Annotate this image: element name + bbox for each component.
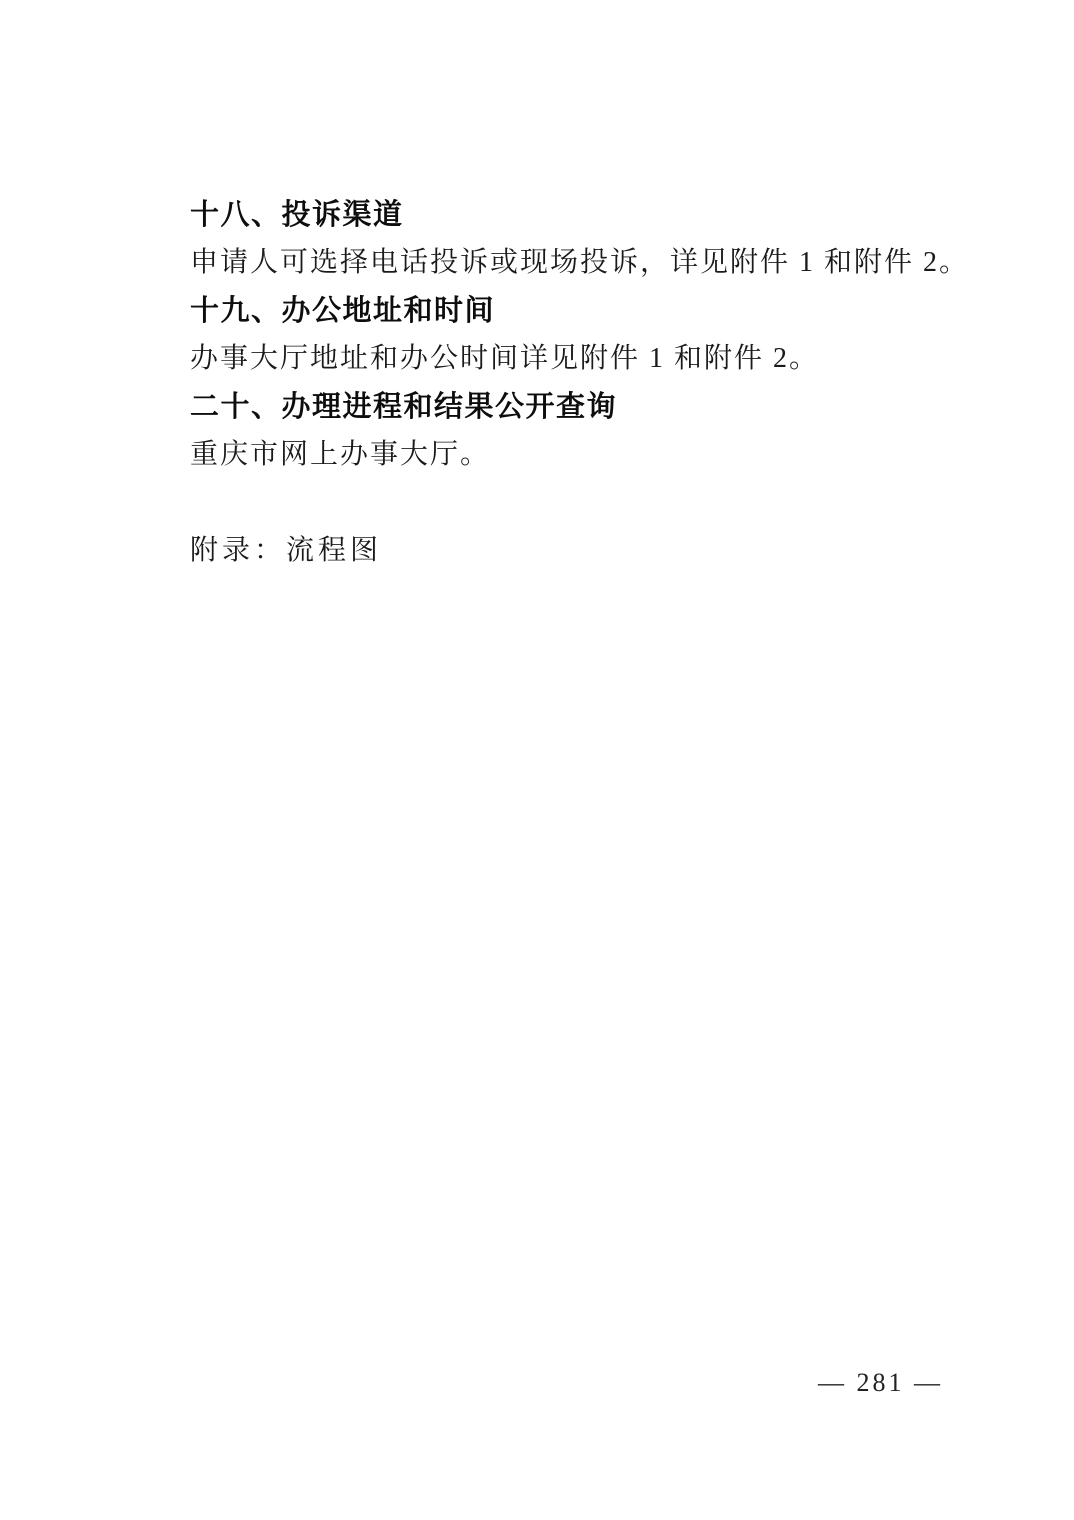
document-page: 十八、投诉渠道 申请人可选择电话投诉或现场投诉，详见附件 1 和附件 2。 十九…	[0, 0, 1074, 1520]
paragraph-progress-result-inquiry: 重庆市网上办事大厅。	[190, 431, 950, 479]
appendix-note: 附录：流程图	[190, 527, 950, 575]
section-heading-complaint-channels: 十八、投诉渠道	[190, 191, 950, 239]
page-number: — 281 —	[818, 1368, 943, 1398]
document-content: 十八、投诉渠道 申请人可选择电话投诉或现场投诉，详见附件 1 和附件 2。 十九…	[190, 191, 950, 575]
paragraph-complaint-channels: 申请人可选择电话投诉或现场投诉，详见附件 1 和附件 2。	[190, 239, 950, 287]
section-heading-progress-result-inquiry: 二十、办理进程和结果公开查询	[190, 383, 950, 431]
section-heading-office-address-hours: 十九、办公地址和时间	[190, 287, 950, 335]
paragraph-office-address-hours: 办事大厅地址和办公时间详见附件 1 和附件 2。	[190, 335, 950, 383]
